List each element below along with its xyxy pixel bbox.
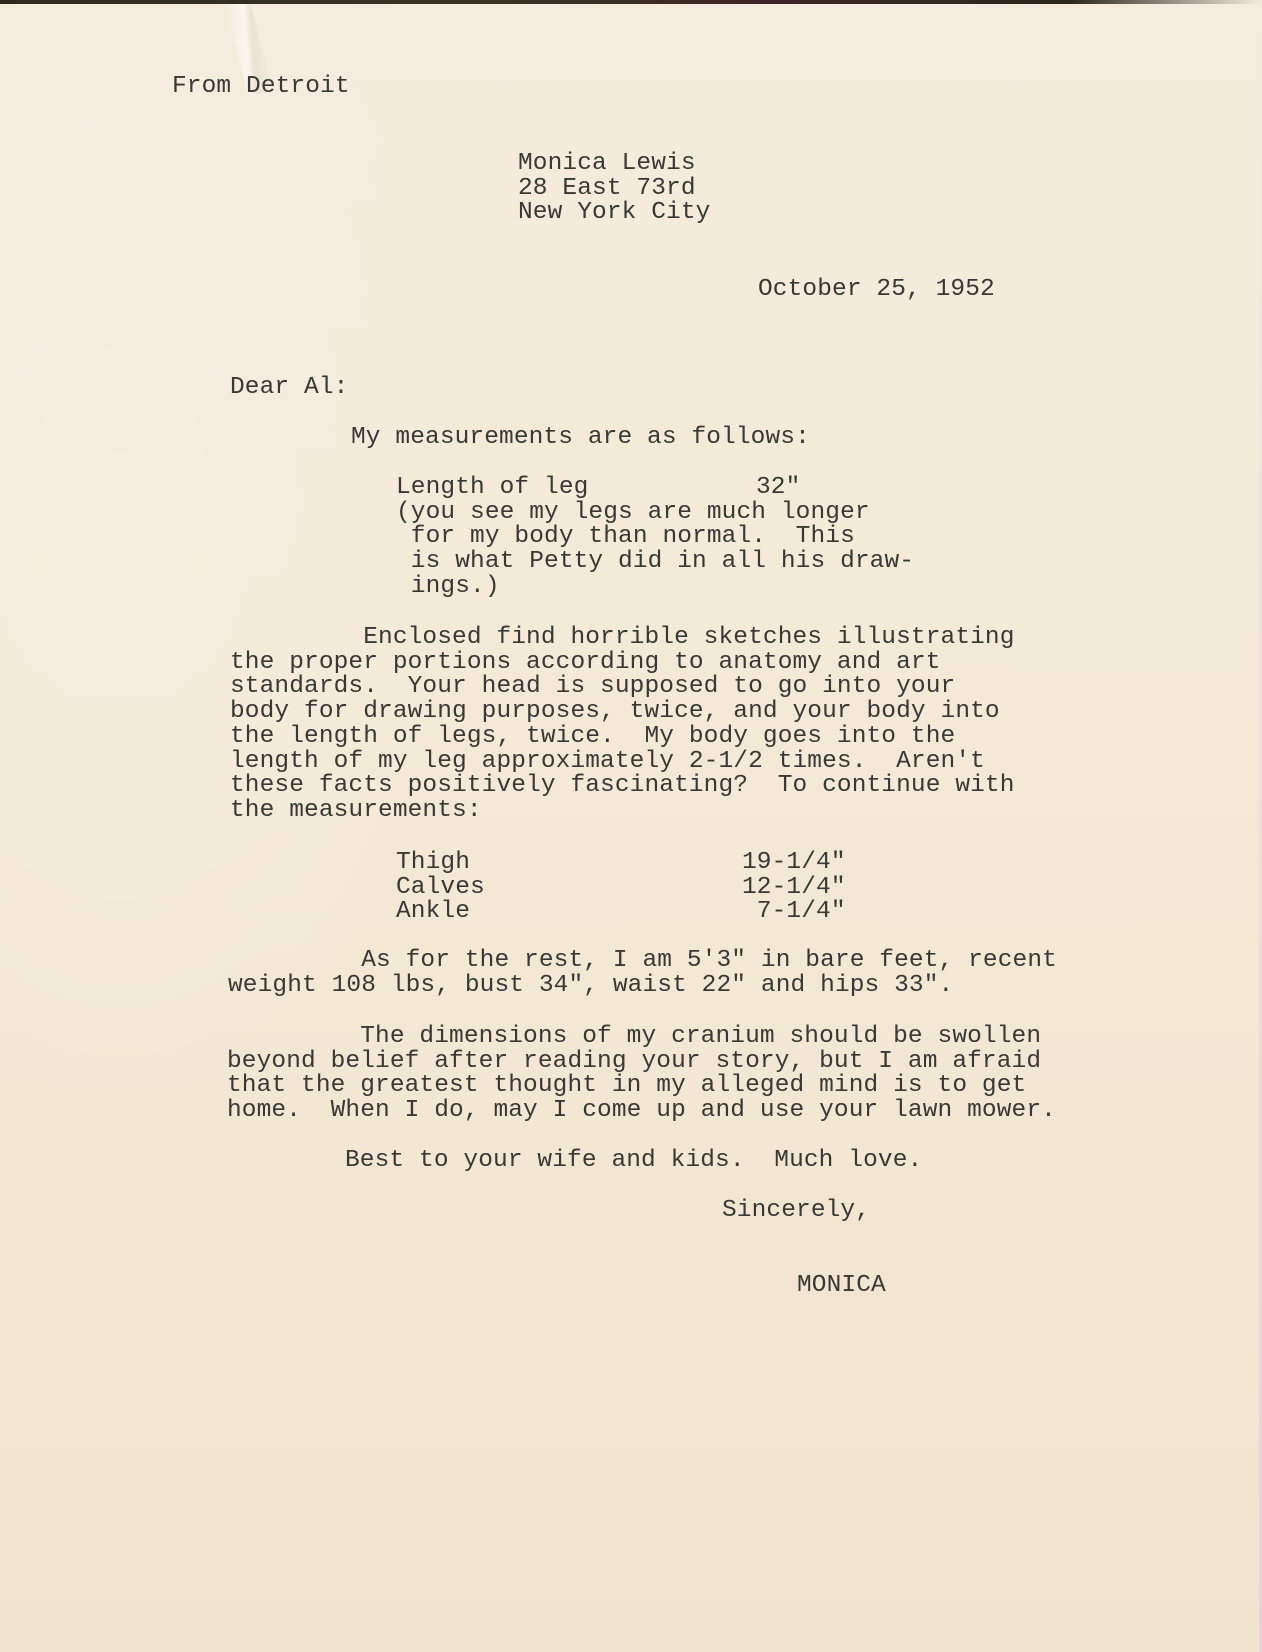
measurements-table: Thigh 19-1/4" Calves 12-1/4" Ankle 7-1/4… [396,851,896,931]
signature: MONICA [797,1274,886,1299]
salutation: Dear Al: [230,376,348,401]
measurement-label: Thigh [396,851,470,876]
leg-note-line: is what Petty did in all his draw- [396,550,996,575]
paragraph-line: body for drawing purposes, twice, and yo… [230,700,1015,725]
intro-line: My measurements are as follows: [351,426,810,451]
leg-value: 32" [756,476,800,501]
paragraph-cranium: The dimensions of my cranium should be s… [227,1025,1056,1124]
paragraph-line: the length of legs, twice. My body goes … [230,725,1015,750]
paragraph-line: the proper portions according to anatomy… [230,651,1015,676]
scan-edge-top [0,0,1262,4]
leg-label: Length of leg [396,476,996,501]
sender-address: Monica Lewis 28 East 73rd New York City [518,152,710,226]
paragraph-line: The dimensions of my cranium should be s… [227,1025,1056,1050]
paragraph-sketches: Enclosed find horrible sketches illustra… [230,626,1015,824]
paragraph-line: home. When I do, may I come up and use y… [227,1099,1056,1124]
paragraph-line: the measurements: [230,799,1015,824]
paragraph-line: beyond belief after reading your story, … [227,1050,1056,1075]
measurement-value: 12-1/4" [742,876,846,901]
header-note: From Detroit [172,75,350,100]
sender-street: 28 East 73rd [518,177,710,202]
letter-date: October 25, 1952 [758,278,995,303]
paragraph-line: that the greatest thought in my alleged … [227,1074,1056,1099]
leg-note-line: ings.) [396,575,996,600]
measurement-value: 7-1/4" [742,900,846,925]
leg-note-line: for my body than normal. This [396,525,996,550]
measurement-label: Calves [396,876,485,901]
leg-measurement: Length of leg 32" (you see my legs are m… [396,476,996,600]
paragraph-line: Enclosed find horrible sketches illustra… [230,626,1015,651]
paragraph-line: As for the rest, I am 5'3" in bare feet,… [228,949,1057,974]
closing-wishes: Best to your wife and kids. Much love. [345,1149,922,1174]
leg-note-line: (you see my legs are much longer [396,501,996,526]
paragraph-rest: As for the rest, I am 5'3" in bare feet,… [228,949,1057,998]
paragraph-line: standards. Your head is supposed to go i… [230,675,1015,700]
paragraph-line: weight 108 lbs, bust 34", waist 22" and … [228,974,1057,999]
measurement-value: 19-1/4" [742,851,846,876]
paragraph-line: length of my leg approximately 2-1/2 tim… [230,750,1015,775]
closing: Sincerely, [722,1199,870,1224]
letter-paper [0,0,1262,1652]
paragraph-line: these facts positively fascinating? To c… [230,774,1015,799]
measurement-label: Ankle [396,900,470,925]
sender-name: Monica Lewis [518,152,710,177]
sender-city: New York City [518,201,710,226]
